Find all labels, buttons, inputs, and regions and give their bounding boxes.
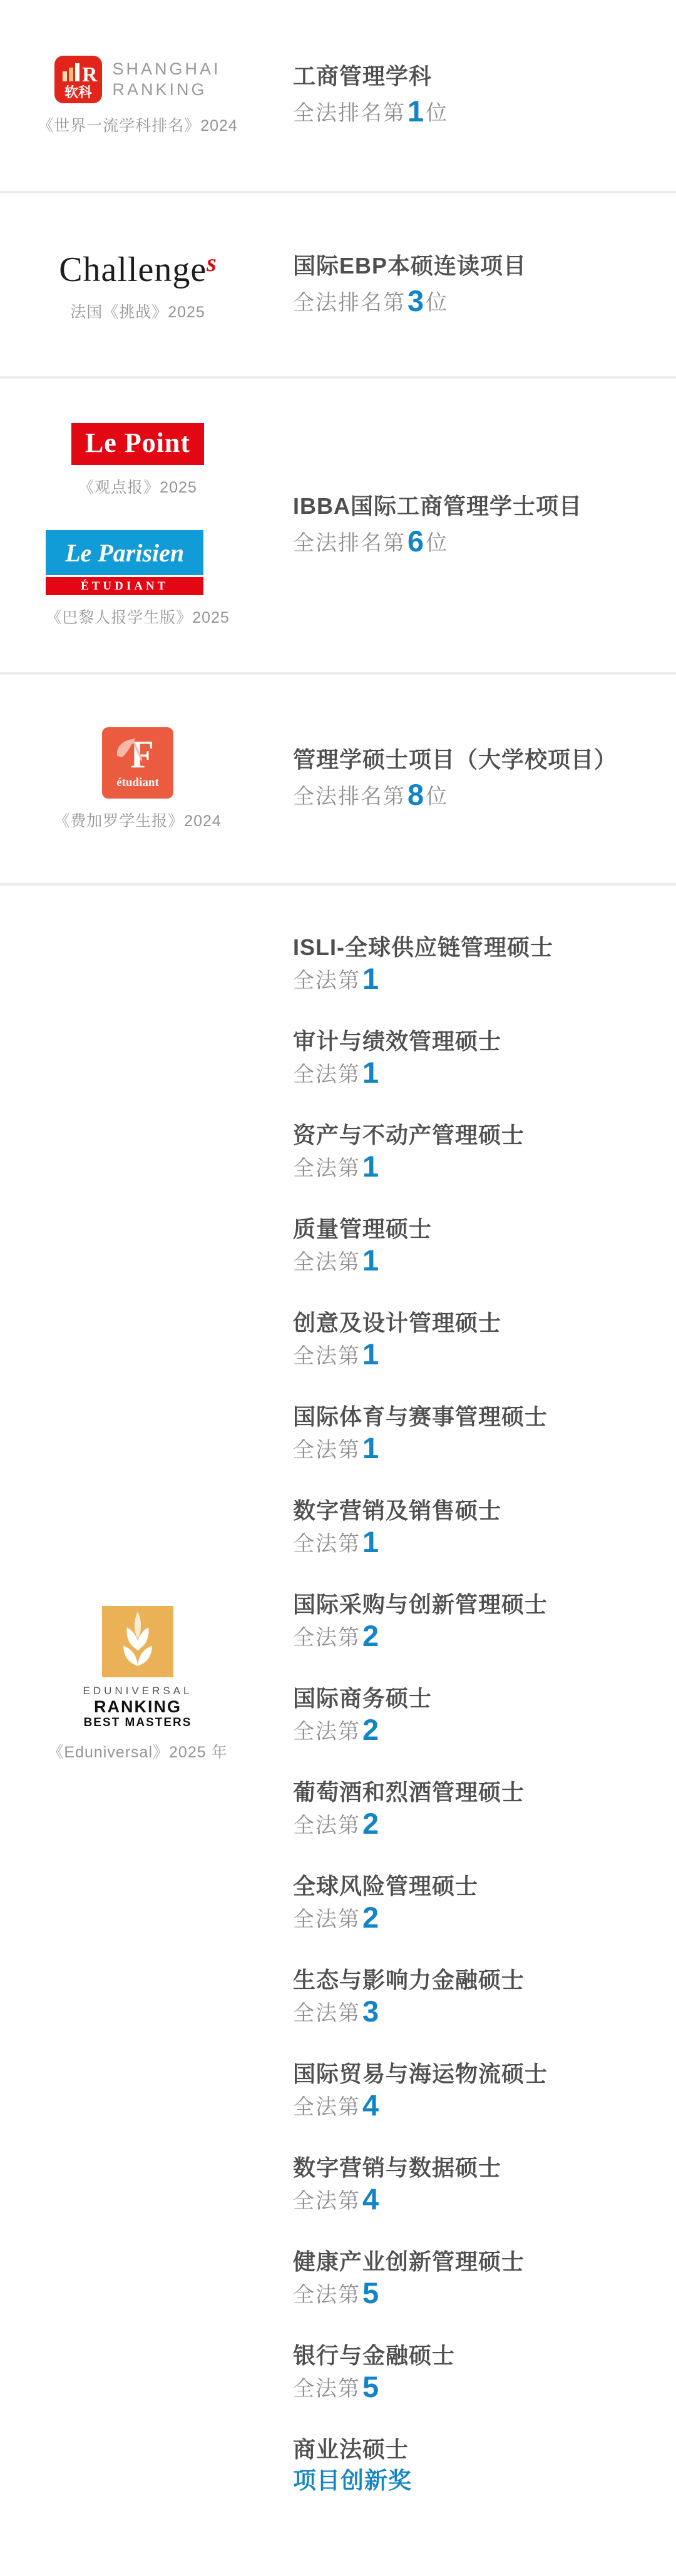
eduniversal-logo: EDUNIVERSAL RANKING BEST MASTERS 《Eduniv… — [48, 1606, 227, 1762]
rank-number: 4 — [361, 2182, 381, 2216]
program-title: 葡萄酒和烈酒管理硕士 — [293, 1778, 676, 1807]
program-entry: 葡萄酒和烈酒管理硕士 全法第2 — [293, 1778, 676, 1872]
logo-stack: Le Point 《观点报》2025 Le Parisien ÉTUDIANT … — [46, 423, 230, 628]
program-rank: 全法第1 — [293, 1337, 676, 1373]
parisien-blue-band: Le Parisien — [46, 530, 203, 575]
program-entry: 商业法硕士 项目创新奖 — [293, 2435, 676, 2529]
challenges-logo-block: Challenges 法国《挑战》2025 — [0, 248, 275, 322]
shanghai-entry: 工商管理学科 全法排名第1位 — [275, 61, 676, 130]
figaro-caption: 《费加罗学生报》2024 — [54, 809, 222, 831]
program-title: 管理学硕士项目（大学校项目） — [293, 745, 676, 775]
rankings-page: R 软科 SHANGHAI RANKING 《世界一流学科排名》2024 工商管… — [0, 0, 676, 2576]
parisien-red-band: ÉTUDIANT — [46, 575, 203, 595]
rank-prefix: 全法第 — [293, 1532, 361, 1556]
rank-number: 2 — [361, 1619, 381, 1652]
shanghai-logo-block: R 软科 SHANGHAI RANKING 《世界一流学科排名》2024 — [0, 56, 275, 136]
rank-prefix: 全法第 — [293, 1157, 361, 1180]
rank-number: 2 — [361, 1901, 381, 1934]
rank-prefix: 全法第 — [293, 1344, 361, 1368]
rank-prefix: 全法第 — [293, 2095, 361, 2119]
program-entry: 数字营销与数据硕士 全法第4 — [293, 2154, 676, 2247]
rank-prefix: 全法第 — [293, 1908, 361, 1931]
parisien-caption: 《巴黎人报学生版》2025 — [46, 605, 230, 628]
svg-text:R: R — [82, 63, 98, 86]
program-entry: 国际体育与赛事管理硕士 全法第1 — [293, 1403, 676, 1496]
rank-prefix: 全法第 — [293, 1063, 361, 1086]
rank-number: 1 — [406, 95, 426, 128]
section-eduniversal: EDUNIVERSAL RANKING BEST MASTERS 《Eduniv… — [0, 886, 676, 2576]
figaro-etudiant-label: étudiant — [116, 776, 159, 790]
rank-suffix: 位 — [426, 101, 448, 125]
parisien-logo: Le Parisien ÉTUDIANT — [46, 530, 203, 595]
rank-number: 1 — [361, 1056, 381, 1089]
program-rank: 全法第2 — [293, 1901, 676, 1936]
rank-number: 1 — [361, 962, 381, 995]
challenges-s: s — [207, 248, 217, 277]
program-entry: 全球风险管理硕士 全法第2 — [293, 1872, 676, 1966]
eduniversal-line1: EDUNIVERSAL — [48, 1685, 227, 1697]
rank-number: 1 — [361, 1525, 381, 1558]
rank-number: 1 — [361, 1150, 381, 1183]
program-title: 工商管理学科 — [293, 61, 676, 91]
program-title: 质量管理硕士 — [293, 1215, 676, 1244]
rank-number: 5 — [361, 2276, 381, 2309]
program-title: 资产与不动产管理硕士 — [293, 1121, 676, 1150]
program-title: 审计与绩效管理硕士 — [293, 1027, 676, 1056]
program-entry: 创意及设计管理硕士 全法第1 — [293, 1309, 676, 1403]
section-figaro: F étudiant 《费加罗学生报》2024 管理学硕士项目（大学校项目） 全… — [0, 675, 676, 883]
figaro-logo: F étudiant — [102, 727, 173, 799]
program-award: 项目创新奖 — [293, 2464, 676, 2498]
program-entry: 数字营销及销售硕士 全法第1 — [293, 1496, 676, 1590]
program-title: IBBA国际工商管理学士项目 — [293, 491, 676, 521]
rank-prefix: 全法排名第 — [293, 291, 406, 315]
lepoint-logo: Le Point — [71, 423, 204, 465]
rank-number: 2 — [361, 1807, 381, 1840]
eduniversal-leaf-icon — [102, 1606, 173, 1677]
parisien-wordmark: Le Parisien — [65, 538, 184, 568]
parisien-logo-block: Le Parisien ÉTUDIANT 《巴黎人报学生版》2025 — [46, 530, 230, 628]
program-rank: 全法第1 — [293, 1056, 676, 1091]
rank-prefix: 全法第 — [293, 2283, 361, 2307]
figaro-entry: 管理学硕士项目（大学校项目） 全法排名第8位 — [275, 745, 676, 813]
rank-prefix: 全法排名第 — [293, 531, 406, 555]
program-rank: 全法第2 — [293, 1619, 676, 1655]
rank-prefix: 全法第 — [293, 1814, 361, 1837]
program-rank: 全法第5 — [293, 2276, 676, 2312]
program-title: 银行与金融硕士 — [293, 2341, 676, 2370]
eduniversal-logo-block: EDUNIVERSAL RANKING BEST MASTERS 《Eduniv… — [0, 1653, 275, 1809]
program-entry: ISLI-全球供应链管理硕士 全法第1 — [293, 933, 676, 1027]
award-label: 项目创新奖 — [293, 2468, 412, 2493]
program-rank: 全法第4 — [293, 2182, 676, 2218]
shanghai-ranking-icon: R 软科 — [54, 56, 102, 103]
program-title: 全球风险管理硕士 — [293, 1872, 676, 1901]
section-challenges: Challenges 法国《挑战》2025 国际EBP本硕连读项目 全法排名第3… — [0, 193, 676, 376]
program-title: 创意及设计管理硕士 — [293, 1309, 676, 1337]
rank-number: 4 — [361, 2088, 381, 2122]
program-entry: 银行与金融硕士 全法第5 — [293, 2341, 676, 2435]
program-title: 国际EBP本硕连读项目 — [293, 251, 676, 281]
program-title: 数字营销及销售硕士 — [293, 1496, 676, 1525]
program-title: 国际商务硕士 — [293, 1684, 676, 1713]
rank-prefix: 全法第 — [293, 1720, 361, 1744]
program-title: 国际采购与创新管理硕士 — [293, 1590, 676, 1619]
program-rank: 全法第5 — [293, 2370, 676, 2406]
program-entry: 国际商务硕士 全法第2 — [293, 1684, 676, 1778]
lepoint-caption: 《观点报》2025 — [71, 475, 204, 498]
rank-number: 2 — [361, 1713, 381, 1746]
rank-prefix: 全法第 — [293, 1250, 361, 1274]
program-rank: 全法排名第8位 — [293, 779, 676, 813]
program-title: 国际贸易与海运物流硕士 — [293, 2060, 676, 2088]
rank-prefix: 全法排名第 — [293, 101, 406, 125]
rank-number: 6 — [406, 524, 426, 558]
rank-prefix: 全法第 — [293, 2377, 361, 2401]
rank-prefix: 全法第 — [293, 2001, 361, 2025]
rank-suffix: 位 — [426, 785, 448, 809]
section-shanghai-ranking: R 软科 SHANGHAI RANKING 《世界一流学科排名》2024 工商管… — [0, 0, 676, 191]
program-rank: 全法排名第6位 — [293, 525, 676, 560]
program-rank: 全法第4 — [293, 2088, 676, 2124]
wordmark-line2: RANKING — [112, 79, 220, 100]
rank-number: 1 — [361, 1337, 381, 1371]
program-entry: 健康产业创新管理硕士 全法第5 — [293, 2247, 676, 2341]
lepoint-parisien-logo-block: Le Point 《观点报》2025 Le Parisien ÉTUDIANT … — [0, 423, 275, 628]
challenges-caption: 法国《挑战》2025 — [70, 300, 205, 322]
program-entry: 质量管理硕士 全法第1 — [293, 1215, 676, 1309]
rank-prefix: 全法第 — [293, 1626, 361, 1650]
program-title: ISLI-全球供应链管理硕士 — [293, 933, 676, 962]
program-rank: 全法第1 — [293, 1244, 676, 1279]
program-entry: 国际贸易与海运物流硕士 全法第4 — [293, 2060, 676, 2154]
program-title: 商业法硕士 — [293, 2435, 676, 2464]
program-rank: 全法第1 — [293, 1431, 676, 1467]
rank-number: 3 — [406, 284, 426, 317]
section-lepoint-parisien: Le Point 《观点报》2025 Le Parisien ÉTUDIANT … — [0, 379, 676, 672]
program-rank: 全法第2 — [293, 1713, 676, 1749]
lepoint-wordmark: Le Point — [85, 427, 190, 458]
rank-prefix: 全法第 — [293, 969, 361, 993]
masters-list: ISLI-全球供应链管理硕士 全法第1 审计与绩效管理硕士 全法第1 资产与不动… — [275, 933, 676, 2529]
program-entry: 资产与不动产管理硕士 全法第1 — [293, 1121, 676, 1215]
program-entry: 生态与影响力金融硕士 全法第3 — [293, 1966, 676, 2060]
program-rank: 全法第2 — [293, 1807, 676, 1843]
challenges-logo: Challenges — [59, 248, 217, 290]
rank-number: 1 — [361, 1431, 381, 1464]
parisien-etudiant-label: ÉTUDIANT — [81, 580, 168, 593]
rank-prefix: 全法第 — [293, 1438, 361, 1462]
program-rank: 全法排名第1位 — [293, 95, 676, 130]
eduniversal-caption: 《Eduniversal》2025 年 — [48, 1740, 227, 1762]
wordmark-line1: SHANGHAI — [112, 59, 220, 79]
program-title: 数字营销与数据硕士 — [293, 2154, 676, 2182]
shanghai-ranking-logo: R 软科 SHANGHAI RANKING — [54, 56, 220, 103]
program-entry: 审计与绩效管理硕士 全法第1 — [293, 1027, 676, 1121]
svg-text:软科: 软科 — [64, 84, 93, 100]
program-title: 健康产业创新管理硕士 — [293, 2247, 676, 2276]
rank-number: 1 — [361, 1244, 381, 1277]
rank-number: 5 — [361, 2370, 381, 2403]
ibba-entry: IBBA国际工商管理学士项目 全法排名第6位 — [275, 491, 676, 560]
program-rank: 全法第1 — [293, 1525, 676, 1561]
lepoint-logo-block: Le Point 《观点报》2025 — [71, 423, 204, 498]
challenges-wordmark: Challenge — [59, 250, 207, 289]
rank-prefix: 全法第 — [293, 2189, 361, 2213]
program-title: 国际体育与赛事管理硕士 — [293, 1403, 676, 1431]
program-entry: 国际采购与创新管理硕士 全法第2 — [293, 1590, 676, 1684]
program-rank: 全法第1 — [293, 962, 676, 998]
rank-number: 8 — [406, 778, 426, 811]
figaro-logo-block: F étudiant 《费加罗学生报》2024 — [0, 727, 275, 831]
rank-suffix: 位 — [426, 531, 448, 555]
program-title: 生态与影响力金融硕士 — [293, 1966, 676, 1995]
challenges-entry: 国际EBP本硕连读项目 全法排名第3位 — [275, 251, 676, 319]
rank-suffix: 位 — [426, 291, 448, 315]
shanghai-ranking-wordmark: SHANGHAI RANKING — [112, 59, 220, 100]
rank-prefix: 全法排名第 — [293, 785, 406, 809]
program-rank: 全法第1 — [293, 1150, 676, 1185]
program-rank: 全法第3 — [293, 1995, 676, 2030]
program-rank: 全法排名第3位 — [293, 285, 676, 319]
rank-number: 3 — [361, 1995, 381, 2028]
feather-icon — [115, 737, 142, 762]
eduniversal-line2: RANKING — [48, 1697, 227, 1716]
eduniversal-line3: BEST MASTERS — [48, 1716, 227, 1730]
shanghai-caption: 《世界一流学科排名》2024 — [38, 113, 238, 136]
